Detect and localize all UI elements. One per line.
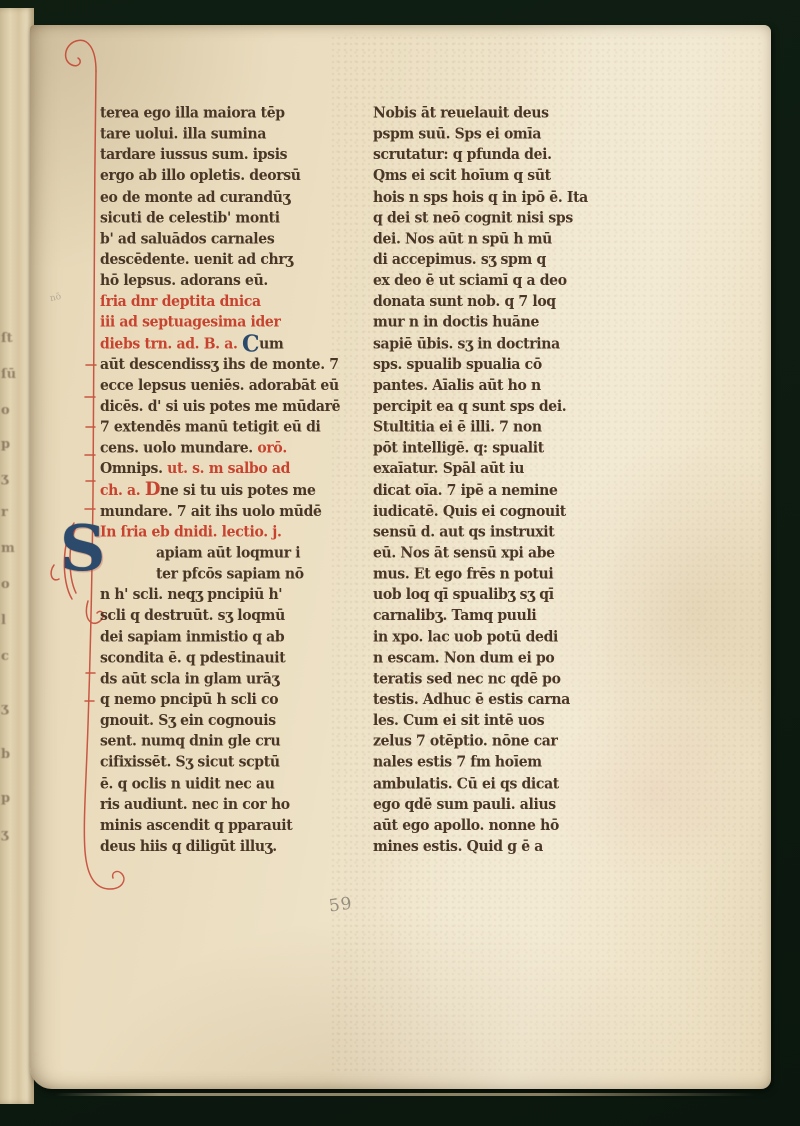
manuscript-line: Stultitia ei ē illi. 7 non	[373, 417, 649, 438]
lower-leaf-edge	[55, 1093, 755, 1096]
rubric-text: ſria dnr deptita dnica	[100, 294, 261, 311]
body-text: dei. Nos aūt n spū h mū	[373, 231, 552, 248]
manuscript-line: ē. q oclis n uidit nec au	[100, 773, 356, 794]
rubric-text: orō.	[257, 440, 287, 457]
body-text: dicēs. d' si uis potes me mūdarē	[100, 398, 340, 415]
body-text: q nemo pncipū h scli co	[100, 692, 278, 709]
body-text: pōt intelligē. q: spualit	[373, 440, 544, 457]
manuscript-line: aūt descendissʒ ihs de monte. 7	[100, 354, 356, 375]
manuscript-line: les. Cum ei sit intē uos	[373, 710, 649, 731]
manuscript-line: exaīatur. Spāl aūt iu	[373, 459, 649, 480]
body-text: ego qdē sum pauli. alius	[373, 796, 556, 813]
body-text: ne si tu uis potes me	[160, 482, 315, 499]
body-text: sensū d. aut qs instruxit	[373, 524, 554, 541]
body-text: Nobis āt reuelauit deus	[373, 105, 549, 122]
edge-showthrough-glyph: o	[1, 404, 17, 417]
edge-showthrough-glyph: p	[1, 438, 17, 451]
manuscript-line: tardare iussus sum. ipsis	[100, 145, 356, 166]
manuscript-line: n h' scli. neqʒ pncipiū h'	[100, 585, 356, 606]
manuscript-line: iii ad septuagesima ider	[100, 312, 356, 333]
body-text: nales estis 7 fm hoīem	[373, 754, 542, 771]
manuscript-line: percipit ea q sunt sps dei.	[373, 396, 649, 417]
manuscript-line: ter pfcōs sapiam nō	[100, 564, 356, 585]
manuscript-line: q dei st neō cognit nisi sps	[373, 208, 649, 229]
manuscript-line: In ſria eb dnidi. lectio. j.	[100, 522, 356, 543]
body-text: cifixissēt. Sʒ sicut scptū	[100, 754, 280, 771]
manuscript-line: pōt intelligē. q: spualit	[373, 438, 649, 459]
manuscript-line: scli q destruūt. sʒ loqmū	[100, 606, 356, 627]
manuscript-line: teratis sed nec nc qdē po	[373, 669, 649, 690]
body-text: pspm suū. Sps ei omīa	[373, 126, 541, 143]
manuscript-line: 7 extendēs manū tetigit eū di	[100, 417, 356, 438]
rubric-text: ut. s. m salbo ad	[167, 461, 290, 478]
manuscript-line: sent. numq dnin gle cru	[100, 731, 356, 752]
body-text: pantes. Aīalis aūt ho n	[373, 377, 541, 394]
body-text: scrutatur: q pfunda dei.	[373, 147, 552, 164]
body-text: zelus 7 otēptio. nōne car	[373, 733, 558, 750]
manuscript-line: sapiē ūbis. sʒ in doctrina	[373, 333, 649, 354]
body-text: mundare. 7 ait ihs uolo mūdē	[100, 503, 322, 520]
body-text: mines estis. Quid g ē a	[373, 838, 543, 855]
manuscript-line: scrutatur: q pfunda dei.	[373, 145, 649, 166]
manuscript-line: hō lepsus. adorans eū.	[100, 271, 356, 292]
body-text: donata sunt nob. q 7 loq	[373, 294, 556, 311]
edge-showthrough-glyph: o	[1, 578, 17, 591]
manuscript-line: dei. Nos aūt n spū h mū	[373, 229, 649, 250]
manuscript-line: nales estis 7 fm hoīem	[373, 752, 649, 773]
body-text: carnalibʒ. Tamq puuli	[373, 608, 536, 625]
body-text: terea ego illa maiora tēp	[100, 105, 285, 122]
manuscript-line: minis ascendit q pparauit	[100, 815, 356, 836]
body-text: les. Cum ei sit intē uos	[373, 713, 544, 730]
body-text: ter pfcōs sapiam nō	[156, 566, 304, 583]
manuscript-line: Omnips. ut. s. m salbo ad	[100, 459, 356, 480]
manuscript-scan: { "page": { "folio_number": "59", "margi…	[0, 0, 800, 1126]
body-text: Omnips.	[100, 461, 167, 478]
edge-showthrough-glyph: ʒ	[1, 828, 17, 841]
folio-number: 59	[328, 893, 354, 916]
body-text: gnouit. Sʒ ein cognouis	[100, 713, 276, 730]
body-text: ex deo ē ut sciamī q a deo	[373, 273, 567, 290]
edge-showthrough-glyph: ʒ	[1, 702, 17, 715]
body-text: hois n sps hois q in ipō ē. Ita	[373, 189, 588, 206]
left-text-column: terea ego illa maiora tēptare uolui. ill…	[100, 103, 356, 857]
manuscript-line: ch. a. Dne si tu uis potes me	[100, 480, 356, 501]
edge-showthrough-glyph: ſū	[1, 368, 17, 381]
manuscript-line: Nobis āt reuelauit deus	[373, 103, 649, 124]
manuscript-line: tare uolui. illa sumina	[100, 124, 356, 145]
body-text: eo de monte ad curandūʒ	[100, 189, 290, 206]
body-text: tardare iussus sum. ipsis	[100, 147, 287, 164]
manuscript-line: ambulatis. Cū ei qs dicat	[373, 773, 649, 794]
manuscript-line: scondita ē. q pdestinauit	[100, 648, 356, 669]
body-text: scli q destruūt. sʒ loqmū	[100, 608, 285, 625]
right-text-column: Nobis āt reuelauit deuspspm suū. Sps ei …	[373, 103, 649, 857]
body-text: q dei st neō cognit nisi sps	[373, 210, 573, 227]
body-text: aūt descendissʒ ihs de monte. 7	[100, 356, 339, 373]
manuscript-line: aūt ego apollo. nonne hō	[373, 815, 649, 836]
manuscript-line: sensū d. aut qs instruxit	[373, 522, 649, 543]
body-text: Qms ei scit hoīum q sūt	[373, 168, 551, 185]
manuscript-line: uob loq qī spualibʒ sʒ qī	[373, 585, 649, 606]
body-text: hō lepsus. adorans eū.	[100, 273, 268, 290]
edge-showthrough-glyph: l	[1, 614, 17, 627]
body-text: aūt ego apollo. nonne hō	[373, 817, 559, 834]
manuscript-line: terea ego illa maiora tēp	[100, 103, 356, 124]
body-text: sps. spualib spualia cō	[373, 356, 542, 373]
body-text: ambulatis. Cū ei qs dicat	[373, 775, 559, 792]
body-text: testis. Adhuc ē estis carna	[373, 692, 570, 709]
body-text: descēdente. uenit ad chrʒ	[100, 252, 293, 269]
body-text: teratis sed nec nc qdē po	[373, 671, 561, 688]
manuscript-line: ds aūt scla in glam urāʒ	[100, 669, 356, 690]
body-text: in xpo. lac uob potū dedi	[373, 629, 558, 646]
body-text: percipit ea q sunt sps dei.	[373, 398, 566, 415]
body-text: um	[259, 335, 283, 352]
manuscript-line: cifixissēt. Sʒ sicut scptū	[100, 752, 356, 773]
manuscript-line: testis. Adhuc ē estis carna	[373, 689, 649, 710]
body-text: sapiē ūbis. sʒ in doctrina	[373, 335, 560, 352]
body-text: sicuti de celestib' monti	[100, 210, 280, 227]
manuscript-line: diebs trn. ad. B. a. Cum	[100, 333, 356, 354]
binding-page-edges	[0, 8, 34, 1104]
body-text: ris audiunt. nec in cor ho	[100, 796, 290, 813]
manuscript-line: deus hiis q diligūt illuʒ.	[100, 836, 356, 857]
edge-showthrough-glyph: ʒ	[1, 472, 17, 485]
body-text: 7 extendēs manū tetigit eū di	[100, 419, 321, 436]
manuscript-photo: ſtſūopʒrmolcʒbpʒ S terea ego illa maiora…	[0, 0, 800, 1126]
body-text: apiam aūt loqmur i	[156, 545, 300, 562]
manuscript-line: n escam. Non dum ei po	[373, 648, 649, 669]
body-text: minis ascendit q pparauit	[100, 817, 292, 834]
body-text: n escam. Non dum ei po	[373, 650, 554, 667]
manuscript-line: cens. uolo mundare. orō.	[100, 438, 356, 459]
body-text: ē. q oclis n uidit nec au	[100, 775, 275, 792]
manuscript-line: Qms ei scit hoīum q sūt	[373, 166, 649, 187]
edge-showthrough-glyph: p	[1, 792, 17, 805]
manuscript-line: sps. spualib spualia cō	[373, 354, 649, 375]
manuscript-line: di accepimus. sʒ spm q	[373, 250, 649, 271]
body-text: tare uolui. illa sumina	[100, 126, 266, 143]
manuscript-line: ergo ab illo opletis. deorsū	[100, 166, 356, 187]
manuscript-line: mundare. 7 ait ihs uolo mūdē	[100, 501, 356, 522]
body-text: mur n in doctis huāne	[373, 315, 539, 332]
rubric-text: ch. a.	[100, 482, 145, 499]
manuscript-line: eo de monte ad curandūʒ	[100, 187, 356, 208]
body-text: n h' scli. neqʒ pncipiū h'	[100, 587, 282, 604]
parchment-leaf: S terea ego illa maiora tēptare uolui. i…	[30, 25, 771, 1089]
body-text: deus hiis q diligūt illuʒ.	[100, 838, 277, 855]
manuscript-line: ego qdē sum pauli. alius	[373, 794, 649, 815]
manuscript-line: dicat oīa. 7 ipē a nemine	[373, 480, 649, 501]
manuscript-line: zelus 7 otēptio. nōne car	[373, 731, 649, 752]
body-text: dei sapiam inmistio q ab	[100, 629, 284, 646]
body-text: b' ad saluādos carnales	[100, 231, 274, 248]
manuscript-line: mur n in doctis huāne	[373, 312, 649, 333]
body-text: eū. Nos āt sensū xpi abe	[373, 545, 555, 562]
rubric-text: In ſria eb dnidi. lectio. j.	[100, 524, 282, 541]
body-text: exaīatur. Spāl aūt iu	[373, 461, 524, 478]
body-text: ds aūt scla in glam urāʒ	[100, 671, 279, 688]
body-text: Stultitia ei ē illi. 7 non	[373, 419, 542, 436]
edge-showthrough-glyph: ſt	[1, 332, 17, 345]
body-text: cens. uolo mundare.	[100, 440, 257, 457]
manuscript-line: iudicatē. Quis ei cognouit	[373, 501, 649, 522]
manuscript-line: pantes. Aīalis aūt ho n	[373, 375, 649, 396]
body-text: scondita ē. q pdestinauit	[100, 650, 285, 667]
manuscript-line: pspm suū. Sps ei omīa	[373, 124, 649, 145]
body-text: ecce lepsus ueniēs. adorabāt eū	[100, 377, 339, 394]
body-text: mus. Et ego frēs n potui	[373, 566, 553, 583]
manuscript-line: ſria dnr deptita dnica	[100, 292, 356, 313]
manuscript-line: b' ad saluādos carnales	[100, 229, 356, 250]
manuscript-line: mines estis. Quid g ē a	[373, 836, 649, 857]
manuscript-line: sicuti de celestib' monti	[100, 208, 356, 229]
manuscript-line: hois n sps hois q in ipō ē. Ita	[373, 187, 649, 208]
manuscript-line: donata sunt nob. q 7 loq	[373, 292, 649, 313]
body-text: uob loq qī spualibʒ sʒ qī	[373, 587, 554, 604]
manuscript-line: in xpo. lac uob potū dedi	[373, 627, 649, 648]
rubric-text: diebs trn. ad. B. a.	[100, 335, 242, 352]
manuscript-line: ecce lepsus ueniēs. adorabāt eū	[100, 375, 356, 396]
manuscript-line: ex deo ē ut sciamī q a deo	[373, 271, 649, 292]
body-text: dicat oīa. 7 ipē a nemine	[373, 482, 558, 499]
manuscript-line: dei sapiam inmistio q ab	[100, 627, 356, 648]
body-text: iudicatē. Quis ei cognouit	[373, 503, 566, 520]
edge-showthrough-glyph: m	[1, 542, 17, 555]
manuscript-line: dicēs. d' si uis potes me mūdarē	[100, 396, 356, 417]
edge-showthrough-glyph: b	[1, 748, 17, 761]
manuscript-line: gnouit. Sʒ ein cognouis	[100, 710, 356, 731]
body-text: sent. numq dnin gle cru	[100, 733, 280, 750]
manuscript-line: descēdente. uenit ad chrʒ	[100, 250, 356, 271]
edge-showthrough-glyph: c	[1, 650, 17, 663]
manuscript-line: ris audiunt. nec in cor ho	[100, 794, 356, 815]
initial-d: D	[145, 478, 160, 500]
body-text: di accepimus. sʒ spm q	[373, 252, 546, 269]
edge-showthrough-glyph: r	[1, 506, 17, 519]
manuscript-line: mus. Et ego frēs n potui	[373, 564, 649, 585]
body-text: ergo ab illo opletis. deorsū	[100, 168, 301, 185]
illuminated-initial-s: S	[60, 517, 106, 580]
manuscript-line: q nemo pncipū h scli co	[100, 689, 356, 710]
manuscript-line: apiam aūt loqmur i	[100, 543, 356, 564]
manuscript-line: eū. Nos āt sensū xpi abe	[373, 543, 649, 564]
rubric-text: iii ad septuagesima ider	[100, 315, 281, 332]
manuscript-line: carnalibʒ. Tamq puuli	[373, 606, 649, 627]
initial-c: C	[242, 330, 259, 357]
